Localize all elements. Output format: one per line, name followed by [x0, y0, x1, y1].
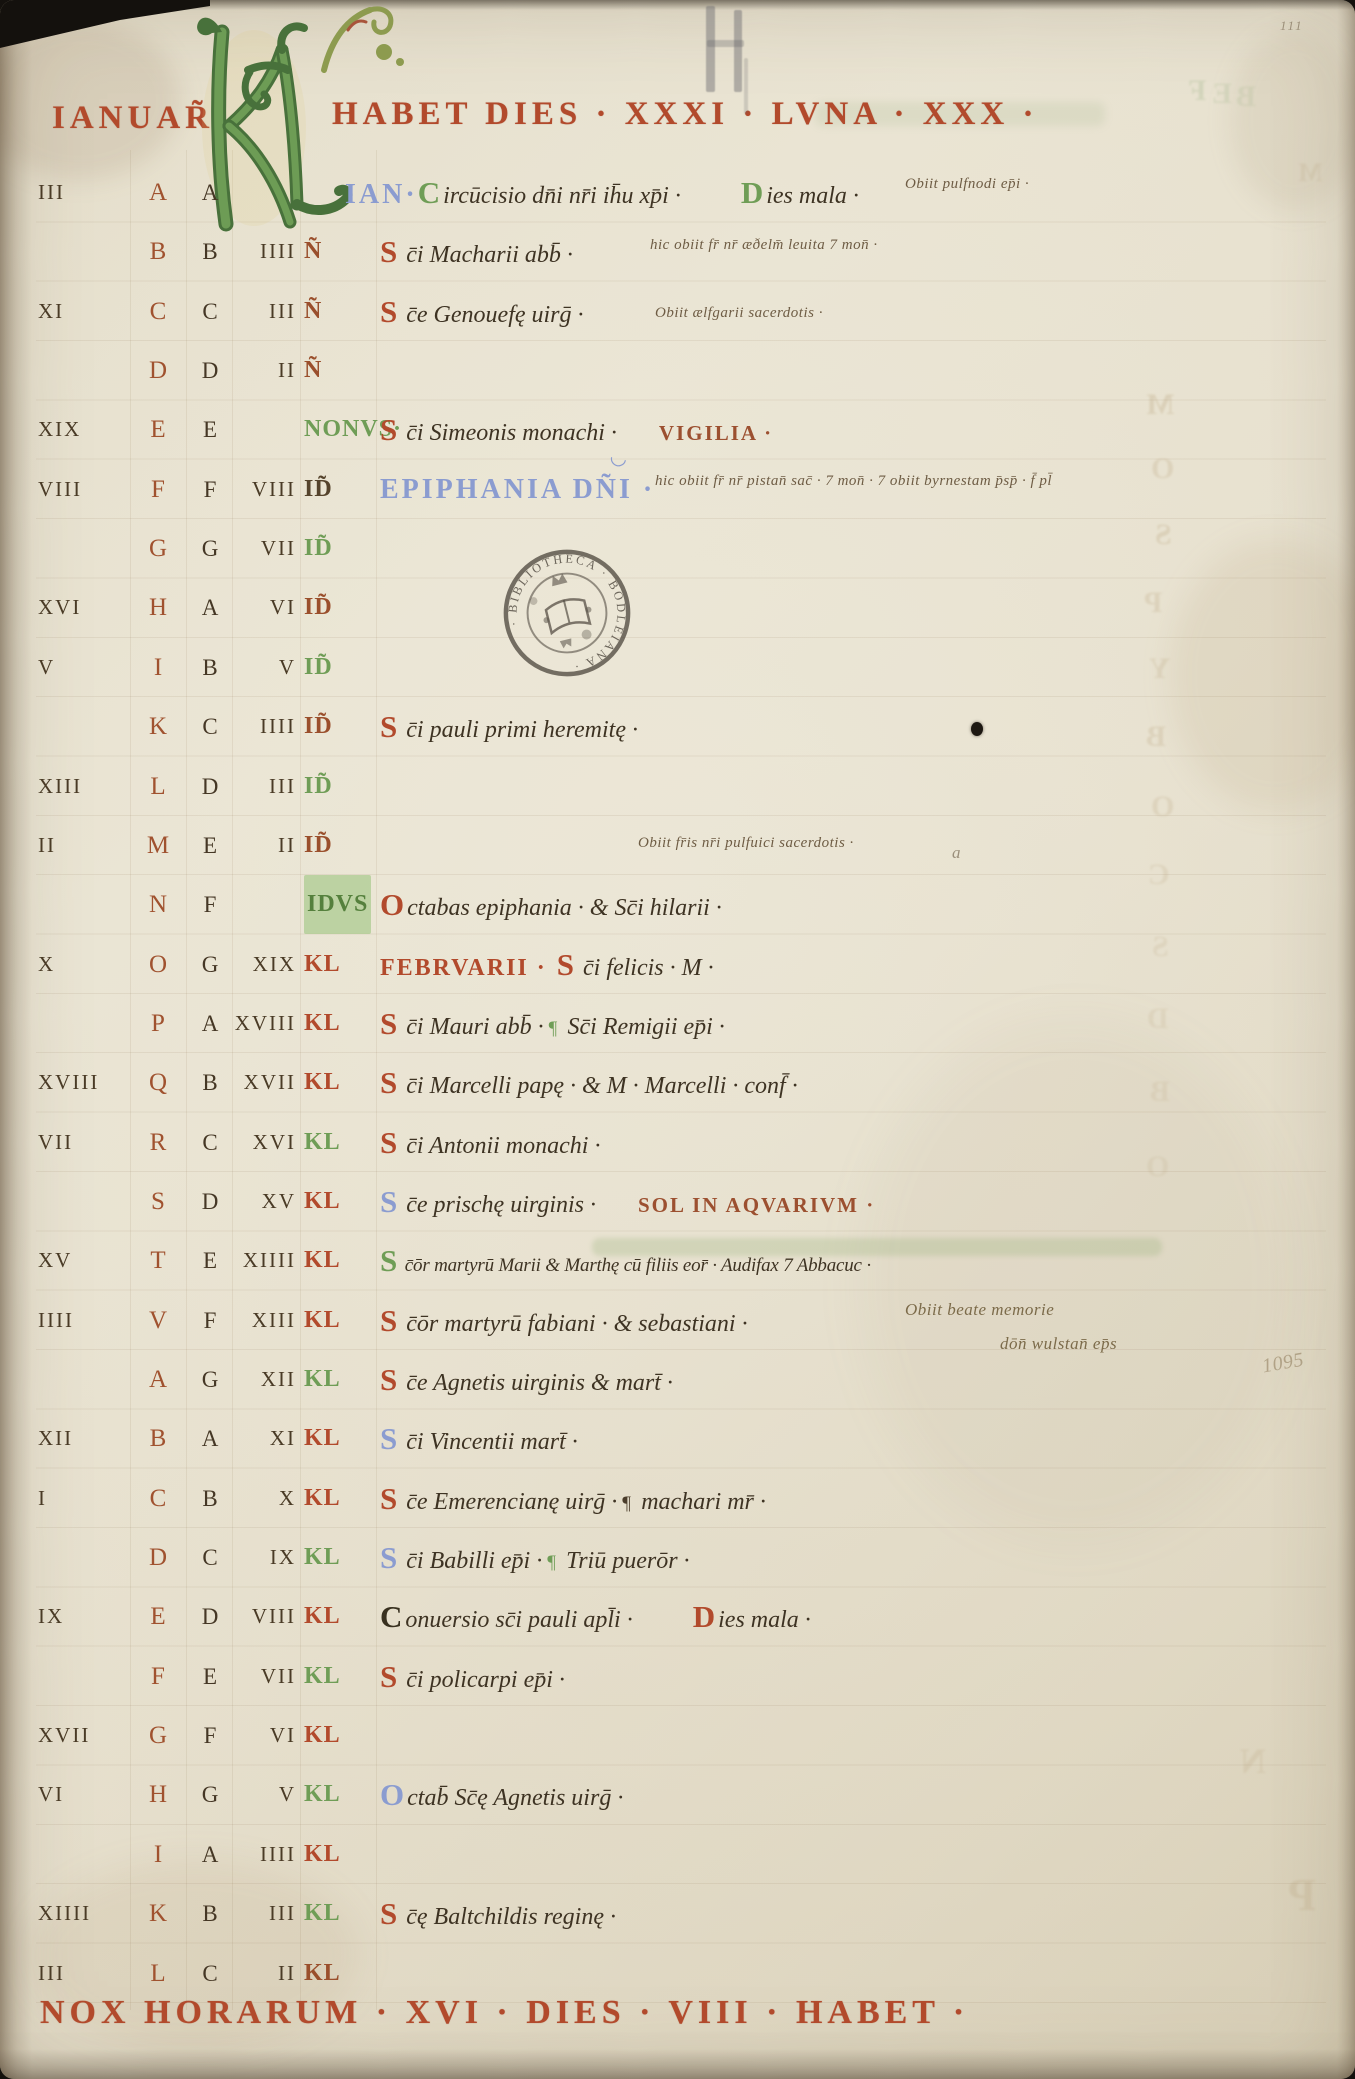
day-count-numeral: IIII — [208, 697, 296, 756]
kalend-marker: Ñ — [304, 282, 322, 341]
folio-number: 111 — [1280, 18, 1304, 34]
day-count-numeral: II — [208, 816, 296, 875]
entry-segment: VIGILIA · — [659, 421, 773, 445]
golden-number: VIII — [38, 460, 82, 519]
lunar-letter: M — [136, 816, 180, 875]
lunar-letter: A — [136, 163, 180, 222]
kalend-marker: KL — [304, 1231, 341, 1290]
entry-segment: Triū puerōr · — [560, 1548, 689, 1574]
calendar-day-row: VI H G V KL Octab̄ Sc̄ę Agnetis uirḡ · — [0, 1765, 1355, 1824]
day-count-numeral: XIIII — [208, 1231, 296, 1290]
obit-note: Obiit beate memorie — [905, 1301, 1054, 1318]
lunar-letter: K — [136, 1884, 180, 1943]
kalend-marker: ID̃ — [304, 519, 333, 578]
golden-number: I — [38, 1469, 47, 1528]
entry-segment: O — [380, 1777, 407, 1812]
bleedthrough-letter: B — [1146, 720, 1166, 754]
kalend-marker: KL — [304, 1765, 341, 1824]
day-count-numeral: III — [208, 282, 296, 341]
entry-segment: ctab̄ Sc̄ę Agnetis uirḡ · — [407, 1785, 623, 1811]
kalend-marker: KL — [304, 1409, 341, 1468]
golden-number: III — [38, 163, 65, 222]
obit-note: Obiit fr̄is nr̄i pulfuici sacerdotis · — [638, 836, 854, 851]
kalend-marker: KL — [304, 1053, 341, 1112]
bleedthrough-letter: M — [1298, 158, 1323, 188]
day-count-numeral: V — [208, 638, 296, 697]
kalend-marker: KL — [304, 1172, 341, 1231]
lunar-letter: P — [136, 994, 180, 1053]
calendar-day-row: IIII V F XIII KL S c̄ōr martyrū fabiani … — [0, 1291, 1355, 1350]
feast-entry: IAN·Circūcisio dn̄i nr̄i ih̄u xp̄i ·Dies… — [345, 163, 859, 222]
day-count-numeral: XV — [208, 1172, 296, 1231]
entry-segment: c̄e prischę uirginis · — [400, 1192, 596, 1218]
lunar-letter: A — [136, 1350, 180, 1409]
feast-entry: S c̄ę Baltchildis reginę · — [380, 1884, 616, 1943]
kalend-marker: KL — [304, 1706, 341, 1765]
calendar-day-row: XIIII K B III KL S c̄ę Baltchildis regin… — [0, 1884, 1355, 1943]
feast-entry: Octab̄ Sc̄ę Agnetis uirḡ · — [380, 1765, 623, 1824]
bleedthrough-letter: C — [1148, 858, 1170, 892]
kalend-marker: KL — [304, 994, 341, 1053]
day-count-numeral: VIII — [208, 1587, 296, 1646]
lunar-letter: C — [136, 282, 180, 341]
feast-entry: S c̄i Antonii monachi · — [380, 1113, 600, 1172]
entry-segment: c̄i pauli primi heremitę · — [400, 717, 638, 743]
entry-segment: ¶ — [544, 1018, 562, 1039]
graphite-mark — [744, 58, 748, 114]
entry-segment: SOL IN AQVARIVM · — [638, 1193, 875, 1217]
entry-segment: c̄i Marcelli papę · & M · Marcelli · con… — [400, 1073, 797, 1099]
kalend-marker: Ñ — [304, 222, 322, 281]
entry-segment: c̄i Babilli ep̄i · — [400, 1548, 542, 1574]
lunar-letter: I — [136, 638, 180, 697]
day-count-numeral: II — [208, 341, 296, 400]
entry-segment: EPIPHANIA DÑI · — [380, 474, 655, 505]
kalend-marker: ID̃ — [304, 697, 333, 756]
kalend-marker: KL — [304, 1647, 341, 1706]
header-days-luna: HABET DIES · XXXI · LVNA · XXX · — [332, 96, 1038, 133]
feast-entry: S c̄e Genouefę uirḡ · — [380, 282, 584, 341]
entry-segment: c̄i Vincentii mart̄ · — [400, 1429, 578, 1455]
kalend-marker: KL — [304, 1587, 341, 1646]
lunar-letter: V — [136, 1291, 180, 1350]
lunar-letter: T — [136, 1231, 180, 1290]
bleedthrough-letter: B — [1236, 80, 1256, 114]
obit-note: hic obiit fr̄ nr̄ æðelm̄ leuita 7 mon̄ · — [650, 238, 878, 253]
entry-segment: c̄e Agnetis uirginis & mart̄ · — [400, 1370, 673, 1396]
entry-segment: S — [380, 1125, 400, 1160]
entry-segment: onuersio sc̄i pauli apl̄i · — [405, 1607, 632, 1633]
day-count-numeral: III — [208, 757, 296, 816]
graphite-mark — [706, 6, 715, 92]
calendar-day-row: XVII G F VI KL — [0, 1706, 1355, 1765]
entry-segment: c̄ōr martyrū fabiani · & sebastiani · — [400, 1311, 747, 1337]
kalend-marker: ID̃ — [304, 816, 333, 875]
bleedthrough-letter: S — [1152, 930, 1169, 964]
foliate-flourish — [318, 0, 408, 80]
bleedthrough-letter: F — [1188, 74, 1206, 108]
entry-segment: c̄i Antonii monachi · — [400, 1133, 600, 1159]
lunar-letter: I — [136, 1825, 180, 1884]
golden-number: VII — [38, 1113, 73, 1172]
feast-entry: S c̄i Marcelli papę · & M · Marcelli · c… — [380, 1053, 798, 1112]
golden-number: XV — [38, 1231, 72, 1290]
entry-segment: S — [380, 1006, 400, 1041]
lunar-letter: O — [136, 935, 180, 994]
day-count-numeral — [208, 875, 296, 934]
golden-number: XII — [38, 1409, 73, 1468]
kalend-marker: Ñ — [304, 341, 322, 400]
kalend-marker: IDVS — [304, 875, 371, 934]
page-bottom-edge — [0, 2049, 1355, 2079]
golden-number: XVII — [38, 1706, 90, 1765]
lunar-letter: C — [136, 1469, 180, 1528]
golden-number: VI — [38, 1765, 64, 1824]
entry-segment: D — [741, 175, 766, 210]
entry-segment: C — [380, 1599, 405, 1634]
obit-note: Obiit pulfnodi ep̄i · — [905, 177, 1029, 192]
lunar-letter: B — [136, 222, 180, 281]
entry-segment: c̄i felicis · M · — [577, 955, 714, 981]
manuscript-page: IANUAR̃ HABET DIES · XXXI · LVNA · XXX ·… — [0, 0, 1355, 2079]
entry-segment: ¶ — [617, 1493, 635, 1514]
golden-number: IIII — [38, 1291, 74, 1350]
day-count-numeral: VIII — [208, 460, 296, 519]
kalend-marker: KL — [304, 1884, 341, 1943]
bleedthrough-letter: P — [1288, 1868, 1316, 1921]
lunar-letter: N — [136, 875, 180, 934]
calendar-day-row: G G VII ID̃ — [0, 519, 1355, 578]
calendar-day-row: A G XII KL S c̄e Agnetis uirginis & mart… — [0, 1350, 1355, 1409]
kalend-marker: ID̃ — [304, 578, 333, 637]
feast-entry: S c̄i pauli primi heremitę · — [380, 697, 638, 756]
calendar-day-row: B B IIII Ñ S c̄i Macharii abb̄ · hic obi… — [0, 222, 1355, 281]
entry-segment: Sc̄i Remigii ep̄i · — [562, 1014, 725, 1040]
day-count-numeral: XVI — [208, 1113, 296, 1172]
footer-night-hours: NOX HORARUM · XVI · DIES · VIII · HABET … — [40, 1994, 969, 2032]
entry-segment: ctabas epiphania · & Sc̄i hilarii · — [407, 895, 722, 921]
golden-number: II — [38, 816, 56, 875]
day-count-numeral: VII — [208, 1647, 296, 1706]
day-count-numeral: X — [208, 1469, 296, 1528]
feast-entry: S c̄i Macharii abb̄ · — [380, 222, 573, 281]
day-count-numeral — [208, 400, 296, 459]
feast-entry: S c̄e Emerencianę uirḡ ·¶ machari mr̄ · — [380, 1469, 766, 1528]
feast-entry: Octabas epiphania · & Sc̄i hilarii · — [380, 875, 722, 934]
entry-segment: S — [380, 412, 400, 447]
calendar-day-row: XI C C III Ñ S c̄e Genouefę uirḡ · Obiit… — [0, 282, 1355, 341]
feast-entry: S c̄i Babilli ep̄i ·¶ Triū puerōr · — [380, 1528, 690, 1587]
golden-number: XI — [38, 282, 64, 341]
lunar-letter: D — [136, 1528, 180, 1587]
entry-segment: c̄ę Baltchildis reginę · — [400, 1904, 616, 1930]
entry-segment: FEBRVARII · — [380, 955, 557, 981]
day-count-numeral: VII — [208, 519, 296, 578]
bleedthrough-letter: E — [1212, 77, 1232, 111]
bleedthrough-letter: P — [1144, 586, 1162, 620]
day-count-numeral: IIII — [208, 1825, 296, 1884]
obit-note: Obiit ælfgarii sacerdotis · — [655, 306, 823, 321]
lunar-letter: F — [136, 1647, 180, 1706]
kalend-marker: KL — [304, 1825, 341, 1884]
entry-segment: S — [380, 1065, 400, 1100]
golden-number: XVIII — [38, 1053, 99, 1112]
lunar-letter: Q — [136, 1053, 180, 1112]
entry-segment: c̄i policarpi ep̄i · — [400, 1667, 565, 1693]
entry-segment: c̄i Mauri abb̄ · — [400, 1014, 543, 1040]
golden-number: X — [38, 935, 55, 994]
day-count-numeral: III — [208, 1884, 296, 1943]
entry-segment: c̄i Macharii abb̄ · — [400, 242, 573, 268]
entry-segment: c̄ōr martyrū Marii & Marthę cū filiis eo… — [400, 1255, 871, 1276]
feast-entry: S c̄i Mauri abb̄ ·¶ Sc̄i Remigii ep̄i · — [380, 994, 725, 1053]
kalend-marker: KL — [304, 1113, 341, 1172]
day-count-numeral: XIX — [208, 935, 296, 994]
feast-entry: Conuersio sc̄i pauli apl̄i ·Dies mala · — [380, 1587, 811, 1646]
entry-segment: S — [380, 1481, 400, 1516]
entry-segment: ircūcisio dn̄i nr̄i ih̄u xp̄i · — [443, 183, 681, 209]
entry-segment: S — [380, 1896, 400, 1931]
day-count-numeral: XVII — [208, 1053, 296, 1112]
entry-segment: S — [557, 947, 577, 982]
day-count-numeral: XII — [208, 1350, 296, 1409]
entry-segment: S — [380, 709, 400, 744]
kalend-marker: KL — [304, 1469, 341, 1528]
kalend-marker: KL — [304, 1528, 341, 1587]
kalend-marker: KL — [304, 1350, 341, 1409]
feast-entry: S c̄e prischę uirginis ·SOL IN AQVARIVM … — [380, 1172, 875, 1231]
golden-number: XIII — [38, 757, 82, 816]
graphite-mark — [707, 40, 744, 47]
calendar-day-row: I C B X KL S c̄e Emerencianę uirḡ ·¶ mac… — [0, 1469, 1355, 1528]
golden-number: XIX — [38, 400, 81, 459]
entry-segment: S — [380, 1184, 400, 1219]
lunar-letter: L — [136, 757, 180, 816]
feast-entry: S c̄i Vincentii mart̄ · — [380, 1409, 578, 1468]
day-count-numeral: IIII — [208, 222, 296, 281]
bleedthrough-letter: O — [1151, 790, 1174, 824]
bleedthrough-letter: D — [1147, 1002, 1169, 1036]
entry-segment: S — [380, 1540, 400, 1575]
lunar-letter: E — [136, 1587, 180, 1646]
entry-segment: ies mala · — [718, 1607, 811, 1633]
calendar-day-row: III A A IAN·Circūcisio dn̄i nr̄i ih̄u xp… — [0, 163, 1355, 222]
entry-segment: ¶ — [542, 1552, 560, 1573]
lunar-letter: K — [136, 697, 180, 756]
feast-entry: S c̄ōr martyrū fabiani · & sebastiani · — [380, 1291, 748, 1350]
entry-segment: S — [380, 1659, 400, 1694]
entry-segment: S — [380, 294, 400, 329]
feast-entry: S c̄i Simeonis monachi ·VIGILIA · — [380, 400, 773, 459]
obit-note: hic obiit fr̄ nr̄ pistan̄ sac̄ · 7 mon̄ … — [655, 474, 1052, 489]
calendar-day-row: I A IIII KL — [0, 1825, 1355, 1884]
day-count-numeral: VI — [208, 1706, 296, 1765]
lunar-letter: E — [136, 400, 180, 459]
day-count-numeral: XI — [208, 1409, 296, 1468]
bleedthrough-letter: O — [1146, 1150, 1169, 1184]
kalend-marker: ID̃ — [304, 638, 333, 697]
day-count-numeral: XVIII — [208, 994, 296, 1053]
bleedthrough-letter: N — [1240, 1740, 1266, 1782]
bleedthrough-letter: B — [1150, 1075, 1170, 1109]
golden-number: XIIII — [38, 1884, 91, 1943]
erased-green-entry — [592, 1238, 1162, 1256]
day-count-numeral: IX — [208, 1528, 296, 1587]
bleedthrough-letter: S — [1155, 518, 1172, 552]
feast-entry: S c̄i policarpi ep̄i · — [380, 1647, 565, 1706]
marginal-gloss: a — [952, 843, 961, 863]
parchment-hole — [971, 722, 983, 736]
golden-number: IX — [38, 1587, 64, 1646]
entry-segment: ies mala · — [766, 183, 859, 209]
entry-segment: O — [380, 887, 407, 922]
golden-number: XVI — [38, 578, 81, 637]
kalend-marker: ID̃ — [304, 757, 333, 816]
entry-segment: c̄e Genouefę uirḡ · — [400, 302, 583, 328]
lunar-letter: S — [136, 1172, 180, 1231]
day-count-numeral: XIII — [208, 1291, 296, 1350]
bleedthrough-letter: Y — [1149, 652, 1171, 686]
kalend-marker: ID̃ — [304, 460, 333, 519]
lunar-letter: H — [136, 1765, 180, 1824]
graphite-mark — [734, 10, 742, 92]
entry-segment: c̄i Simeonis monachi · — [400, 420, 617, 446]
lunar-letter: D — [136, 341, 180, 400]
calendar-day-row: F E VII KL S c̄i policarpi ep̄i · — [0, 1647, 1355, 1706]
calendar-day-row: XII B A XI KL S c̄i Vincentii mart̄ · — [0, 1409, 1355, 1468]
feast-entry: FEBRVARII ·S c̄i felicis · M · — [380, 935, 714, 994]
day-count-numeral: V — [208, 1765, 296, 1824]
entry-segment: C — [418, 175, 443, 210]
kalend-marker: KL — [304, 935, 341, 994]
lunar-letter: G — [136, 519, 180, 578]
bleedthrough-letter: M — [1146, 388, 1174, 422]
calendar-day-row: D C IX KL S c̄i Babilli ep̄i ·¶ Triū pue… — [0, 1528, 1355, 1587]
day-count-numeral: VI — [208, 578, 296, 637]
lunar-letter: R — [136, 1113, 180, 1172]
entry-segment: S — [380, 1421, 400, 1456]
entry-segment: S — [380, 1243, 400, 1278]
kalend-marker: KL — [304, 1291, 341, 1350]
entry-segment: machari mr̄ · — [635, 1489, 766, 1515]
golden-number: V — [38, 638, 55, 697]
entry-segment: S — [380, 1303, 400, 1338]
lunar-letter: B — [136, 1409, 180, 1468]
entry-segment: S — [380, 234, 400, 269]
day-count-numeral — [208, 163, 296, 222]
lunar-letter: G — [136, 1706, 180, 1765]
feast-entry: S c̄e Agnetis uirginis & mart̄ · — [380, 1350, 673, 1409]
lunar-letter: H — [136, 578, 180, 637]
entry-segment: c̄e Emerencianę uirḡ · — [400, 1489, 617, 1515]
calendar-day-row: IX E D VIII KL Conuersio sc̄i pauli apl̄… — [0, 1587, 1355, 1646]
bleedthrough-letter: O — [1151, 452, 1174, 486]
entry-segment: S — [380, 1362, 400, 1397]
entry-segment: IAN· — [345, 179, 418, 210]
lunar-letter: F — [136, 460, 180, 519]
month-title: IANUAR̃ — [52, 100, 214, 137]
entry-segment: D — [693, 1599, 718, 1634]
